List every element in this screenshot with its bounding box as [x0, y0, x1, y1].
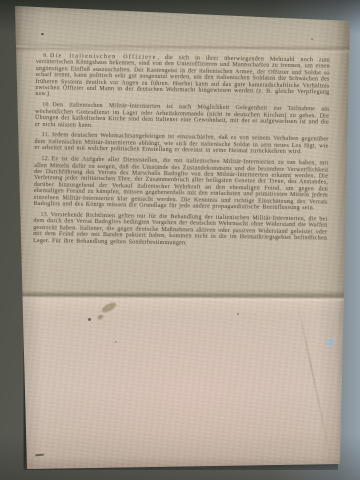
ink-speck [237, 313, 239, 315]
blue-spot [327, 339, 335, 346]
paragraph-number: 10. [42, 102, 50, 108]
paragraph-number: 11. [42, 133, 50, 139]
paragraph-body: , die sich in ihrer überwiegenden Mehrza… [35, 55, 330, 98]
paragraph-12: 12.Es ist die Aufgabe aller Dienststelle… [34, 156, 329, 212]
fold-crease-bottom [10, 291, 355, 302]
paragraph-13: 13.Vorstehende Richtlinien gelten nur fü… [33, 212, 327, 249]
paragraph-body: Es ist die Aufgabe aller Dienststellen, … [34, 156, 329, 211]
stain-mark [100, 301, 117, 315]
ink-speck [41, 33, 44, 35]
ink-speck [88, 318, 91, 321]
paragraph-9: 9.Die italienischen Offiziere, die sich … [35, 53, 330, 102]
pencil-mark [35, 454, 44, 457]
ink-speck [311, 38, 313, 40]
paragraph-body: Den italienischen Militär-Internierten i… [35, 103, 329, 129]
photo-of-document: 9.Die italienischen Offiziere, die sich … [0, 0, 360, 480]
paragraph-10: 10.Den italienischen Militär-Internierte… [35, 102, 329, 132]
paragraph-number: 12. [41, 156, 49, 162]
fold-crease-top [10, 43, 355, 52]
document-text: 9.Die italienischen Offiziere, die sich … [33, 53, 330, 253]
document-page: 9.Die italienischen Offiziere, die sich … [0, 0, 360, 480]
paragraph-body: Vorstehende Richtlinien gelten nur für d… [33, 212, 327, 246]
diagonal-crease [296, 300, 333, 467]
paragraph-11: 11.Jedem deutschen Wehrmachtsangehörigen… [34, 132, 328, 156]
paragraph-body: Jedem deutschen Wehrmachtsangehörigen is… [34, 133, 328, 156]
ink-speck [115, 341, 117, 343]
